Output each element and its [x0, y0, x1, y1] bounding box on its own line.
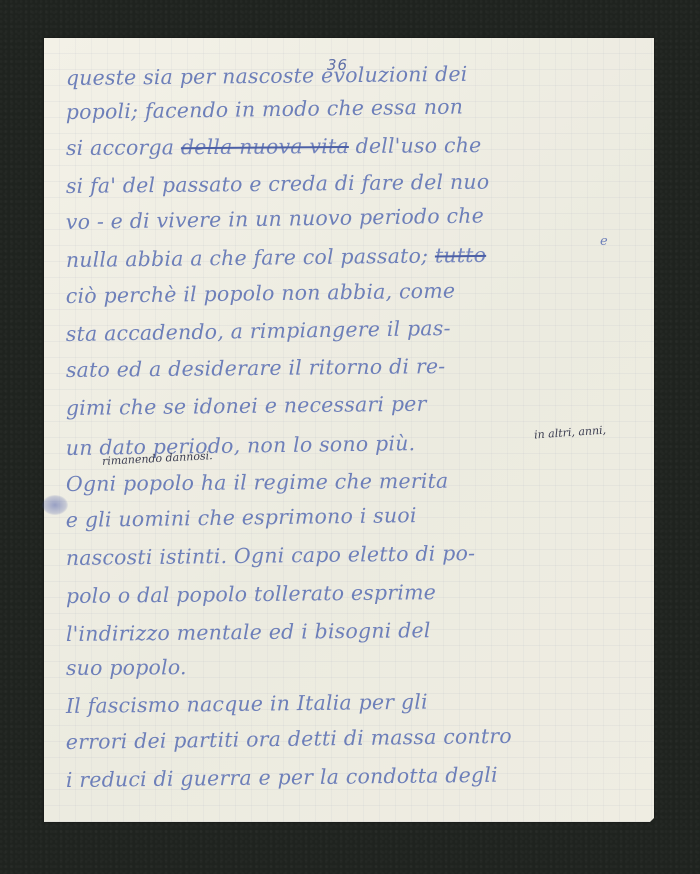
text-line: ciò perchè il popolo non abbia, come — [66, 279, 456, 308]
text-line: sato ed a desiderare il ritorno di re- — [66, 354, 446, 382]
struck-text: della nuova vita — [181, 134, 349, 159]
text-line: errori dei partiti ora detti di massa co… — [66, 724, 512, 754]
scanned-document: 36 queste sia per nascoste evoluzioni de… — [0, 0, 700, 874]
text-line: si fa' del passato e creda di fare del n… — [66, 170, 490, 198]
ink-blot — [42, 495, 68, 515]
text-line: Ogni popolo ha il regime che merita — [66, 469, 449, 496]
text-line: i reduci di guerra e per la condotta deg… — [66, 763, 498, 792]
text-line: e gli uomini che esprimono i suoi — [66, 503, 417, 532]
text-line: vo - e di vivere in un nuovo periodo che — [66, 203, 484, 234]
text-line: Il fascismo nacque in Italia per gli — [66, 690, 428, 718]
inserted-correction: e — [600, 234, 608, 249]
text-line: sta accadendo, a rimpiangere il pas- — [66, 316, 451, 346]
text-line: polo o dal popolo tollerato esprime — [66, 580, 436, 608]
text-line: l'indirizzo mentale ed i bisogni del — [66, 618, 431, 646]
text-line: gimi che se idonei e necessari per — [66, 392, 427, 420]
margin-annotation: in altri, anni, — [534, 424, 607, 442]
struck-text: tutto — [435, 243, 487, 268]
text-line: si accorga della nuova vita dell'uso che — [66, 133, 482, 160]
text-line: popoli; facendo in modo che essa non — [66, 94, 464, 124]
text-line: queste sia per nascoste evoluzioni dei — [66, 62, 468, 90]
text-line: nulla abbia a che fare col passato; tutt… — [66, 243, 487, 272]
manuscript-page: 36 queste sia per nascoste evoluzioni de… — [44, 38, 654, 822]
text-line: suo popolo. — [66, 655, 187, 680]
text-line: nascosti istinti. Ogni capo eletto di po… — [66, 541, 476, 570]
handwritten-text-body: queste sia per nascoste evoluzioni dei p… — [44, 38, 654, 822]
